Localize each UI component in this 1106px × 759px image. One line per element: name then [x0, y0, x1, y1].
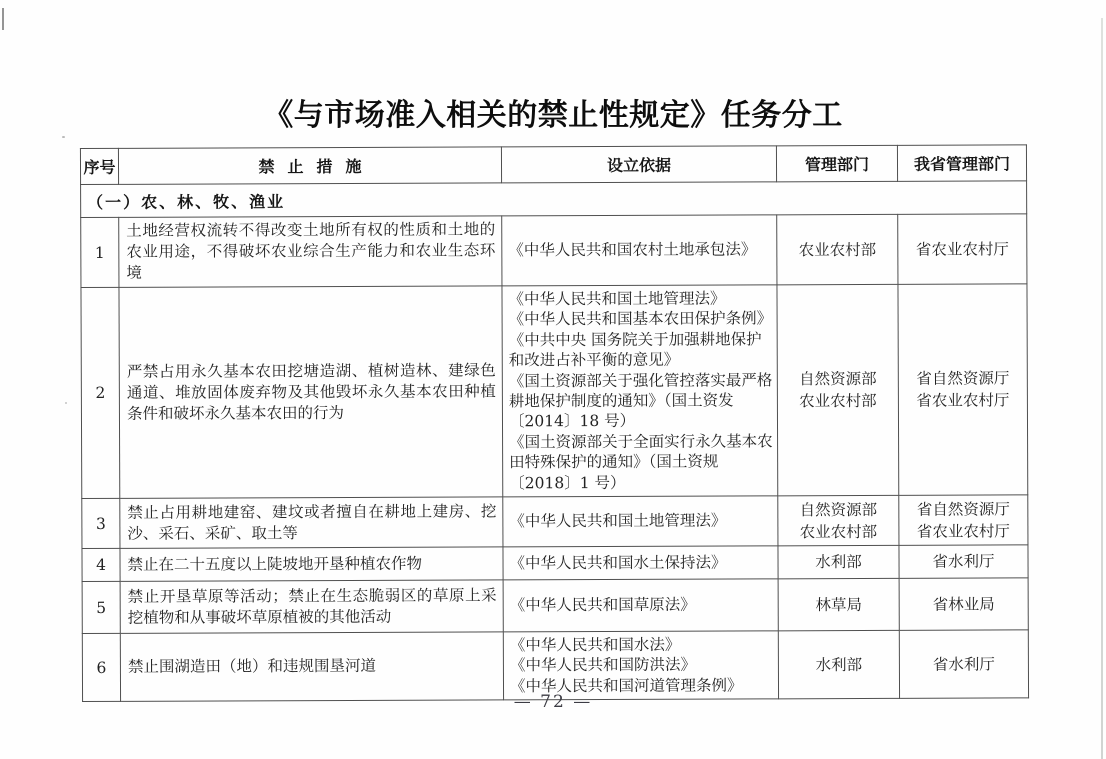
document-title: 《与市场准入相关的禁止性规定》任务分工	[0, 90, 1106, 134]
table-row: 6 禁止围湖造田（地）和违规围垦河道 《中华人民共和国水法》 《中华人民共和国防…	[82, 630, 1028, 702]
table-row: 4 禁止在二十五度以上陡坡地开垦种植农作物 《中华人民共和国水土保持法》 水利部…	[82, 545, 1028, 582]
measure-cell: 禁止开垦草原等活动；禁止在生态脆弱区的草原上采挖植物和从事破坏草原植被的其他活动	[120, 580, 503, 633]
province-dept-cell: 省自然资源厅 省农业农村厅	[898, 284, 1028, 496]
dept-line: 水利部	[779, 654, 899, 676]
table-row: 5 禁止开垦草原等活动；禁止在生态脆弱区的草原上采挖植物和从事破坏草原植被的其他…	[82, 578, 1028, 634]
basis-line: 《中华人民共和国草原法》	[510, 595, 774, 616]
dept-line: 林草局	[779, 593, 899, 615]
measure-cell: 禁止在二十五度以上陡坡地开垦种植农作物	[120, 547, 503, 581]
province-dept-line: 省自然资源厅	[899, 498, 1027, 520]
province-dept-line: 省自然资源厅	[899, 367, 1027, 389]
dept-line: 农业农村部	[777, 238, 897, 260]
province-dept-line: 省林业局	[900, 593, 1028, 615]
task-assignment-table: 序号 禁止措施 设立依据 管理部门 我省管理部门 （一）农、林、牧、渔业 1 土…	[80, 144, 1029, 702]
province-dept-cell: 省水利厅	[899, 545, 1028, 578]
province-dept-line: 省农业农村厅	[898, 238, 1026, 260]
dept-line: 农业农村部	[778, 390, 898, 412]
dept-line: 自然资源部	[778, 498, 898, 520]
basis-line: 《中华人民共和国水法》	[510, 634, 774, 655]
section-label: （一）农、林、牧、渔业	[81, 181, 1027, 218]
scan-speck-artifact	[65, 402, 67, 404]
dept-line: 自然资源部	[778, 368, 898, 390]
dept-cell: 水利部	[778, 545, 899, 578]
province-dept-line: 省农业农村厅	[899, 520, 1027, 542]
province-dept-line: 省水利厅	[900, 653, 1028, 675]
row-number: 5	[82, 581, 120, 633]
dept-cell: 水利部	[778, 630, 899, 699]
col-header-dept: 管理部门	[776, 145, 897, 181]
table-row: 2 严禁占用永久基本农田挖塘造湖、植树造林、建绿色通道、堆放固体废弃物及其他毁坏…	[81, 284, 1028, 499]
row-number: 3	[82, 498, 120, 548]
page-number: — 72 —	[0, 692, 1106, 712]
measure-cell: 土地经营权流转不得改变土地所有权的性质和土地的农业用途，不得破坏农业综合生产能力…	[119, 216, 502, 287]
measure-cell: 严禁占用永久基本农田挖塘造湖、植树造林、建绿色通道、堆放固体废弃物及其他毁坏永久…	[119, 286, 503, 499]
province-dept-cell: 省农业农村厅	[898, 214, 1027, 284]
row-number: 1	[81, 217, 119, 287]
basis-line: 《中共中央 国务院关于加强耕地保护和改进占补平衡的意见》	[509, 329, 773, 371]
row-number: 4	[82, 548, 120, 581]
col-header-basis: 设立依据	[501, 146, 776, 183]
province-dept-line: 省农业农村厅	[899, 389, 1027, 411]
basis-cell: 《中华人民共和国农村土地承包法》	[502, 215, 777, 286]
row-number: 2	[81, 287, 120, 498]
scan-edge-artifact	[1101, 18, 1103, 759]
province-dept-cell: 省水利厅	[899, 630, 1028, 699]
scan-mark-artifact	[2, 8, 4, 30]
basis-line: 《中华人民共和国防洪法》	[510, 655, 774, 676]
province-dept-line: 省水利厅	[899, 550, 1027, 572]
basis-cell: 《中华人民共和国土地管理法》	[503, 496, 778, 547]
basis-line: 《国土资源部关于强化管控落实最严格耕地保护制度的通知》（国土资发〔2014〕18…	[509, 370, 773, 432]
dept-cell: 自然资源部 农业农村部	[778, 495, 899, 545]
basis-line: 《中华人民共和国土地管理法》	[509, 511, 773, 532]
basis-line: 《中华人民共和国土地管理法》	[508, 288, 772, 309]
basis-cell: 《中华人民共和国水法》 《中华人民共和国防洪法》 《中华人民共和国河道管理条例》	[503, 631, 778, 700]
province-dept-cell: 省林业局	[899, 578, 1028, 630]
measure-cell: 禁止占用耕地建窑、建坟或者擅自在耕地上建房、挖沙、采石、采矿、取土等	[120, 497, 503, 548]
col-header-no: 序号	[80, 148, 118, 184]
basis-line: 《国土资源部关于全面实行永久基本农田特殊保护的通知》（国土资规〔2018〕1 号…	[509, 431, 773, 493]
dept-cell: 农业农村部	[777, 214, 898, 284]
province-dept-cell: 省自然资源厅 省农业农村厅	[899, 495, 1028, 545]
table-row: 3 禁止占用耕地建窑、建坟或者擅自在耕地上建房、挖沙、采石、采矿、取土等 《中华…	[82, 495, 1028, 549]
table-header-row: 序号 禁止措施 设立依据 管理部门 我省管理部门	[80, 145, 1026, 185]
basis-line: 《中华人民共和国基本农田保护条例》	[509, 309, 773, 330]
basis-line: 《中华人民共和国水土保持法》	[509, 552, 773, 573]
col-header-measure: 禁止措施	[118, 147, 501, 184]
scan-speck-artifact	[62, 136, 65, 138]
table-row: 1 土地经营权流转不得改变土地所有权的性质和土地的农业用途，不得破坏农业综合生产…	[81, 214, 1027, 288]
dept-cell: 林草局	[778, 578, 899, 630]
section-row: （一）农、林、牧、渔业	[81, 181, 1027, 218]
basis-cell: 《中华人民共和国草原法》	[503, 579, 778, 632]
basis-cell: 《中华人民共和国水土保持法》	[503, 546, 778, 580]
basis-line: 《中华人民共和国农村土地承包法》	[508, 240, 772, 261]
dept-line: 农业农村部	[778, 520, 898, 542]
basis-cell: 《中华人民共和国土地管理法》 《中华人民共和国基本农田保护条例》 《中共中央 国…	[502, 285, 778, 497]
dept-line: 水利部	[778, 551, 898, 573]
dept-cell: 自然资源部 农业农村部	[777, 284, 899, 496]
col-header-province-dept: 我省管理部门	[897, 145, 1026, 181]
